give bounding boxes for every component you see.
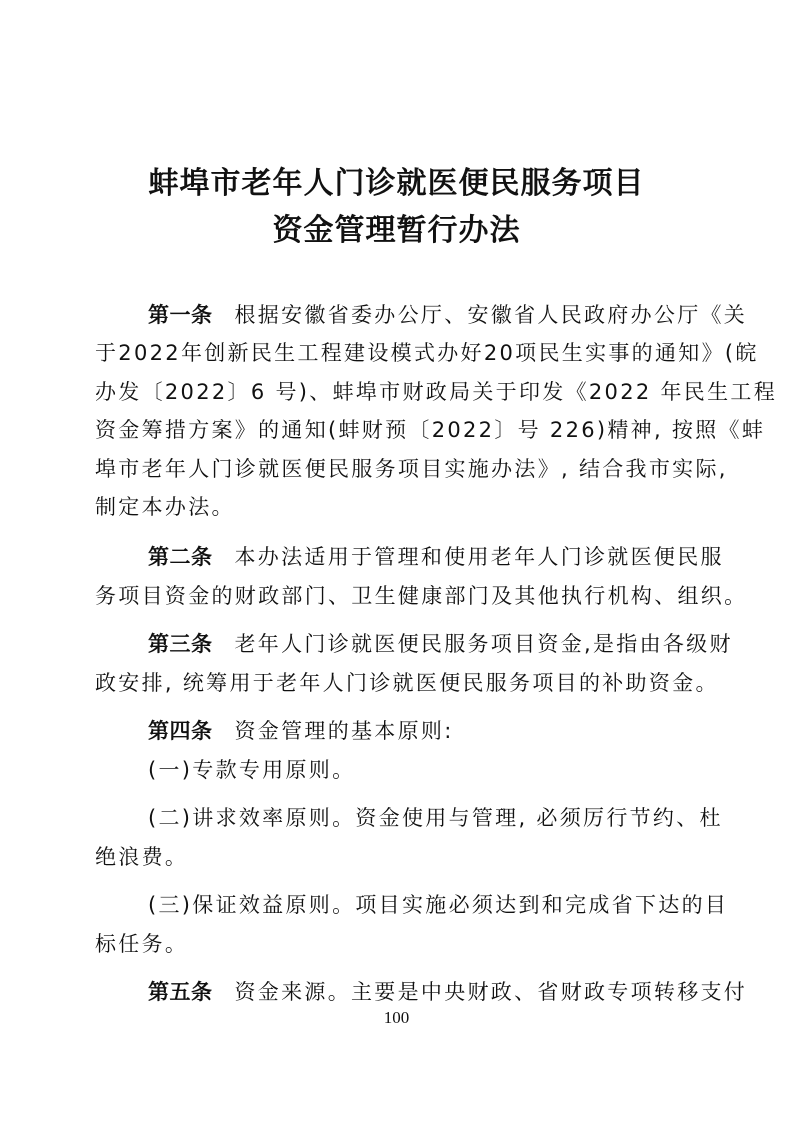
principle-2-line-2: 绝浪费。 — [95, 842, 700, 872]
article-1-line-3: 办发〔2022〕6 号)、蚌埠市财政局关于印发《2022 年民生工程 — [95, 377, 700, 407]
article-label: 第一条 — [148, 303, 213, 327]
article-2-line-2: 务项目资金的财政部门、卫生健康部门及其他执行机构、组织。 — [95, 581, 700, 611]
principle-1-line-1: (一)专款专用原则。 — [148, 755, 700, 785]
page-number: 100 — [0, 1008, 793, 1028]
document-title-line-1: 蚌埠市老年人门诊就医便民服务项目 — [0, 164, 793, 204]
article-1-line-2: 于2022年创新民生工程建设模式办好20项民生实事的通知》(皖 — [95, 338, 700, 368]
article-3-line-2: 政安排, 统筹用于老年人门诊就医便民服务项目的补助资金。 — [95, 668, 700, 698]
article-label: 第五条 — [148, 980, 213, 1004]
article-1-line-4: 资金筹措方案》的通知(蚌财预〔2022〕号 226)精神, 按照《蚌 — [95, 415, 700, 445]
principle-2-line-1: (二)讲求效率原则。资金使用与管理, 必须厉行节约、杜 — [148, 803, 700, 833]
article-2-line-1: 第二条本办法适用于管理和使用老年人门诊就医便民服 — [148, 542, 700, 572]
article-label: 第四条 — [148, 719, 213, 743]
document-title-line-2: 资金管理暂行办法 — [0, 211, 793, 251]
article-5-line-1: 第五条资金来源。主要是中央财政、省财政专项转移支付 — [148, 977, 700, 1007]
article-4-line-1: 第四条资金管理的基本原则: — [148, 716, 700, 746]
article-1-line-5: 埠市老年人门诊就医便民服务项目实施办法》, 结合我市实际, — [95, 454, 700, 484]
article-label: 第三条 — [148, 632, 213, 656]
article-1-line-1: 第一条根据安徽省委办公厅、安徽省人民政府办公厅《关 — [148, 300, 700, 330]
principle-3-line-2: 标任务。 — [95, 929, 700, 959]
article-label: 第二条 — [148, 545, 213, 569]
article-1-line-6: 制定本办法。 — [95, 492, 700, 522]
article-3-line-1: 第三条老年人门诊就医便民服务项目资金,是指由各级财 — [148, 629, 700, 659]
principle-3-line-1: (三)保证效益原则。项目实施必须达到和完成省下达的目 — [148, 890, 700, 920]
